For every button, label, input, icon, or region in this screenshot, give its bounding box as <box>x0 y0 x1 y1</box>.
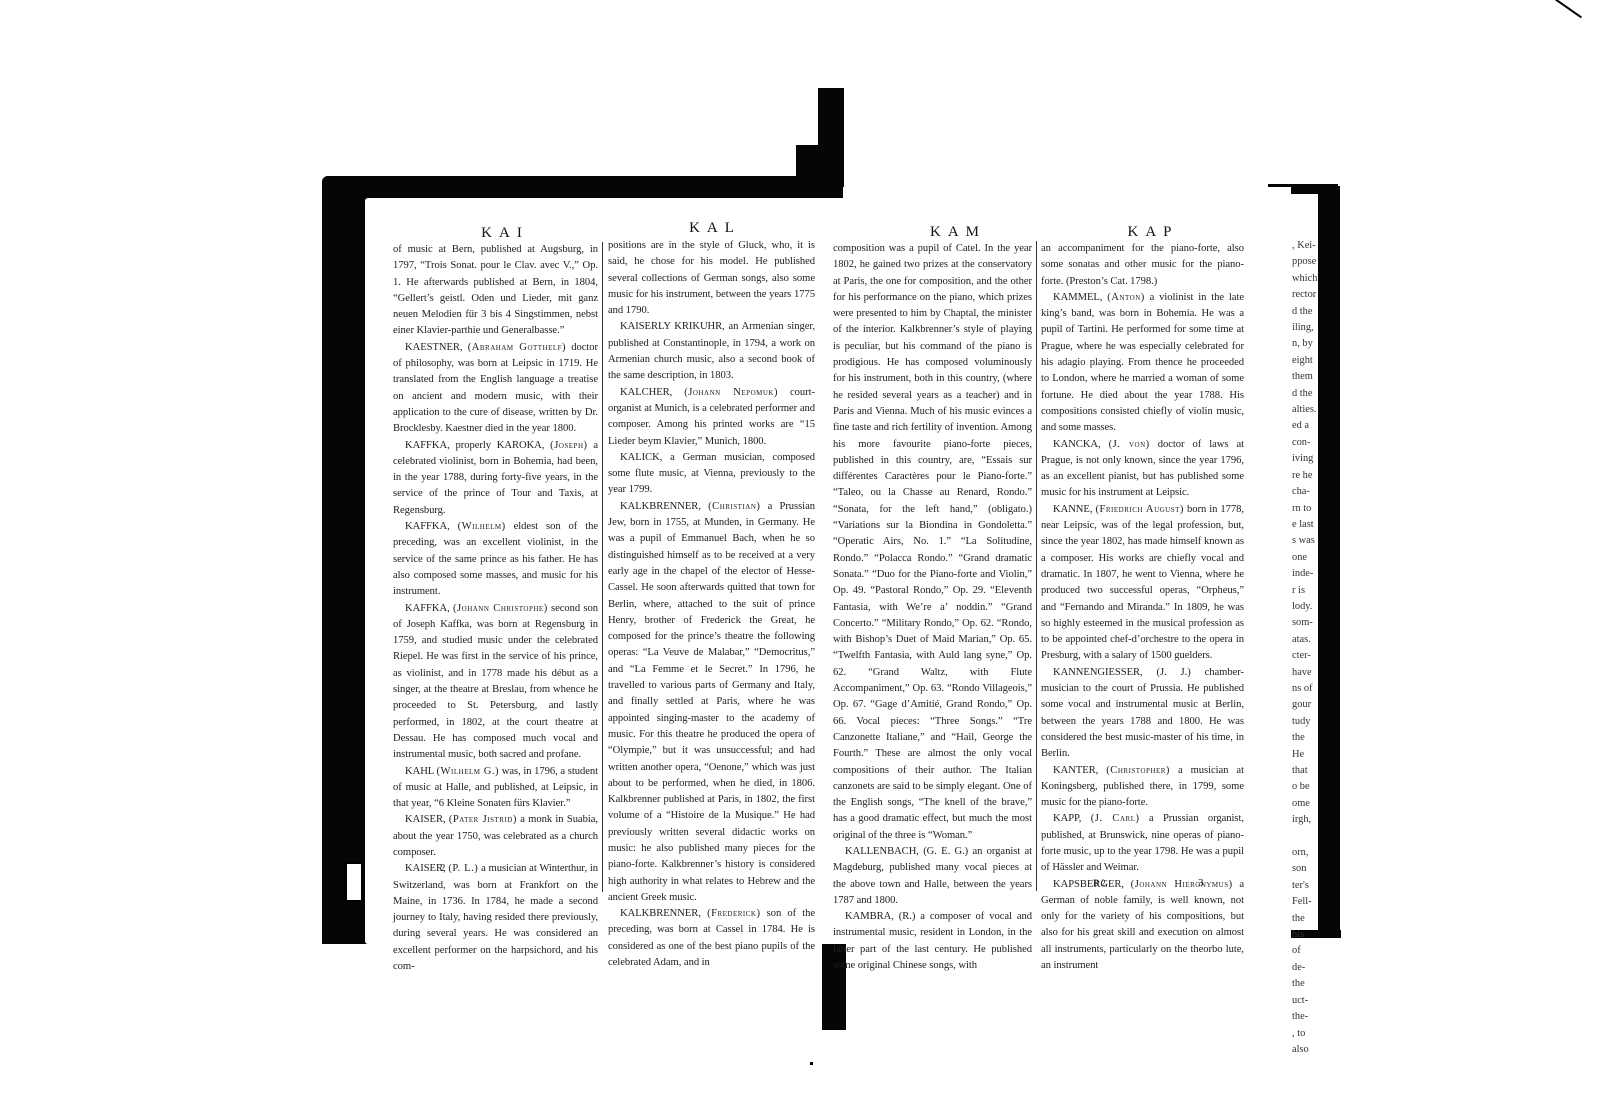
entry-kanter: KANTER, (Christopher) a musician at Koni… <box>1041 763 1244 812</box>
entry-continuation: of music at Bern, published at Augsburg,… <box>393 242 598 340</box>
bleed-line: have <box>1292 665 1322 681</box>
left-page-column-1: of music at Bern, published at Augsburg,… <box>393 242 598 975</box>
entry-kalkbrenner-christian: KALKBRENNER, (Christian) a Prussian Jew,… <box>608 499 815 906</box>
entry-kambra: KAMBRA, (R.) a composer of vocal and ins… <box>833 909 1032 974</box>
entry-kahl: KAHL (Wilhelm G.) was, in 1796, a studen… <box>393 764 598 813</box>
bleed-line <box>1292 829 1322 845</box>
entry-continuation: an accompaniment for the piano-forte, al… <box>1041 241 1244 290</box>
entry-kaffka-wilhelm: KAFFKA, (Wilhelm) eldest son of the prec… <box>393 519 598 600</box>
bleed-line: atas. <box>1292 632 1322 648</box>
bleed-through-text: , Kei-pposewhichrectord theiling,n, byei… <box>1292 238 1322 1058</box>
entry-kammel: KAMMEL, (Anton) a violinist in the late … <box>1041 290 1244 437</box>
bleed-line: ter's <box>1292 878 1322 894</box>
bleed-line: Fell- <box>1292 894 1322 910</box>
column-rule-right-page <box>1036 241 1037 891</box>
entry-kalcher: KALCHER, (Johann Nepomuk) court-organist… <box>608 385 815 450</box>
bleed-line: one <box>1292 550 1322 566</box>
right-page-column-1: composition was a pupil of Catel. In the… <box>833 241 1032 974</box>
bleed-line: orn, <box>1292 845 1322 861</box>
bleed-line: o be <box>1292 779 1322 795</box>
bleed-line: e last <box>1292 517 1322 533</box>
bleed-line: also <box>1292 1042 1322 1058</box>
bleed-line: the <box>1292 911 1322 927</box>
bleed-line: alties. <box>1292 402 1322 418</box>
bleed-line: the- <box>1292 1009 1322 1025</box>
bleed-line: inde- <box>1292 566 1322 582</box>
bleed-line: lody. <box>1292 599 1322 615</box>
bleed-line: d the <box>1292 304 1322 320</box>
bleed-line: cha- <box>1292 484 1322 500</box>
bleed-line: rector <box>1292 287 1322 303</box>
page-number-left: 2 <box>440 862 446 874</box>
bleed-line: som- <box>1292 615 1322 631</box>
bleed-line: d the <box>1292 386 1322 402</box>
entry-kaiserly-krikuhr: KAISERLY KRIKUHR, an Armenian singer, pu… <box>608 319 815 384</box>
entry-kanne: KANNE, (Friedrich August) born in 1778, … <box>1041 502 1244 665</box>
entry-kancka: KANCKA, (J. von) doctor of laws at Pragu… <box>1041 437 1244 502</box>
bleed-line: gour <box>1292 697 1322 713</box>
bleed-line: r is <box>1292 583 1322 599</box>
bleed-line: eight <box>1292 353 1322 369</box>
right-page-column-2: an accompaniment for the piano-forte, al… <box>1041 241 1244 974</box>
right-page: KAM KAP composition was a pupil of Catel… <box>843 187 1291 944</box>
running-head-kal: KAL <box>650 220 780 237</box>
entry-kaiser-pater: KAISER, (Pater Jistrid) a monk in Suabia… <box>393 812 598 861</box>
bleed-line: iling, <box>1292 320 1322 336</box>
bleed-line: re he <box>1292 468 1322 484</box>
entry-kaestner: KAESTNER, (Abraham Gotthelf) doctor of p… <box>393 340 598 438</box>
entry-kaffka-johann: KAFFKA, (Johann Christophe) second son o… <box>393 601 598 764</box>
entry-kaffka-joseph: KAFFKA, properly KAROKA, (Joseph) a cele… <box>393 438 598 519</box>
scan-speck <box>1548 0 1582 18</box>
entry-continuation: composition was a pupil of Catel. In the… <box>833 241 1032 844</box>
bleed-line: his <box>1292 927 1322 943</box>
running-head-kap: KAP <box>1088 224 1218 241</box>
bleed-line: He <box>1292 747 1322 763</box>
entry-continuation: positions are in the style of Gluck, who… <box>608 238 815 319</box>
bleed-line: ed a <box>1292 418 1322 434</box>
bleed-line: con- <box>1292 435 1322 451</box>
left-page-column-2: positions are in the style of Gluck, who… <box>608 238 815 971</box>
scan-border-left <box>322 176 366 936</box>
bleed-line: , Kei- <box>1292 238 1322 254</box>
bleed-line: , to <box>1292 1026 1322 1042</box>
page-tab-marker <box>345 862 363 902</box>
bleed-line: ome <box>1292 796 1322 812</box>
signature-mark: B 2 <box>1093 878 1106 888</box>
bleed-line: the <box>1292 730 1322 746</box>
bleed-line: de- <box>1292 960 1322 976</box>
entry-kannengiesser: KANNENGIESSER, (J. J.) chamber-musician … <box>1041 665 1244 763</box>
bleed-line: them <box>1292 369 1322 385</box>
bleed-line: of <box>1292 943 1322 959</box>
bleed-line: s was <box>1292 533 1322 549</box>
entry-kallenbach: KALLENBACH, (G. E. G.) an organist at Ma… <box>833 844 1032 909</box>
column-rule-left-page <box>602 242 603 892</box>
page-number-right: 3 <box>1198 877 1204 889</box>
bleed-line: rn to <box>1292 501 1322 517</box>
bleed-line: tudy <box>1292 714 1322 730</box>
bleed-line: ns of <box>1292 681 1322 697</box>
left-page: KAI KAL of music at Bern, published at A… <box>365 198 843 944</box>
entry-kapp: KAPP, (J. Carl) a Prussian organist, pub… <box>1041 811 1244 876</box>
scanned-book-spread: KAI KAL of music at Bern, published at A… <box>0 0 1600 1095</box>
bleed-line: irgh, <box>1292 812 1322 828</box>
bleed-line: n, by <box>1292 336 1322 352</box>
bleed-line: cter- <box>1292 648 1322 664</box>
entry-kalick: KALICK, a German musician, composed some… <box>608 450 815 499</box>
bleed-line: uct- <box>1292 993 1322 1009</box>
bleed-line: ppose <box>1292 254 1322 270</box>
bleed-line: which <box>1292 271 1322 287</box>
running-head-kam: KAM <box>893 224 1023 241</box>
bleed-line: the <box>1292 976 1322 992</box>
bleed-line: son <box>1292 861 1322 877</box>
scan-border-top-left <box>322 176 842 200</box>
scan-speck <box>810 1062 813 1065</box>
entry-kalkbrenner-frederick: KALKBRENNER, (Frederick) son of the prec… <box>608 906 815 971</box>
bleed-line: that <box>1292 763 1322 779</box>
running-head-kai: KAI <box>440 225 570 242</box>
entry-kaiser-pl: KAISER, (P. L.) a musician at Winterthur… <box>393 861 598 975</box>
bleed-line: iving <box>1292 451 1322 467</box>
spine-top-2 <box>796 145 826 195</box>
entry-kapsberger: KAPSBERGER, (Johann Hieronymus) a German… <box>1041 877 1244 975</box>
